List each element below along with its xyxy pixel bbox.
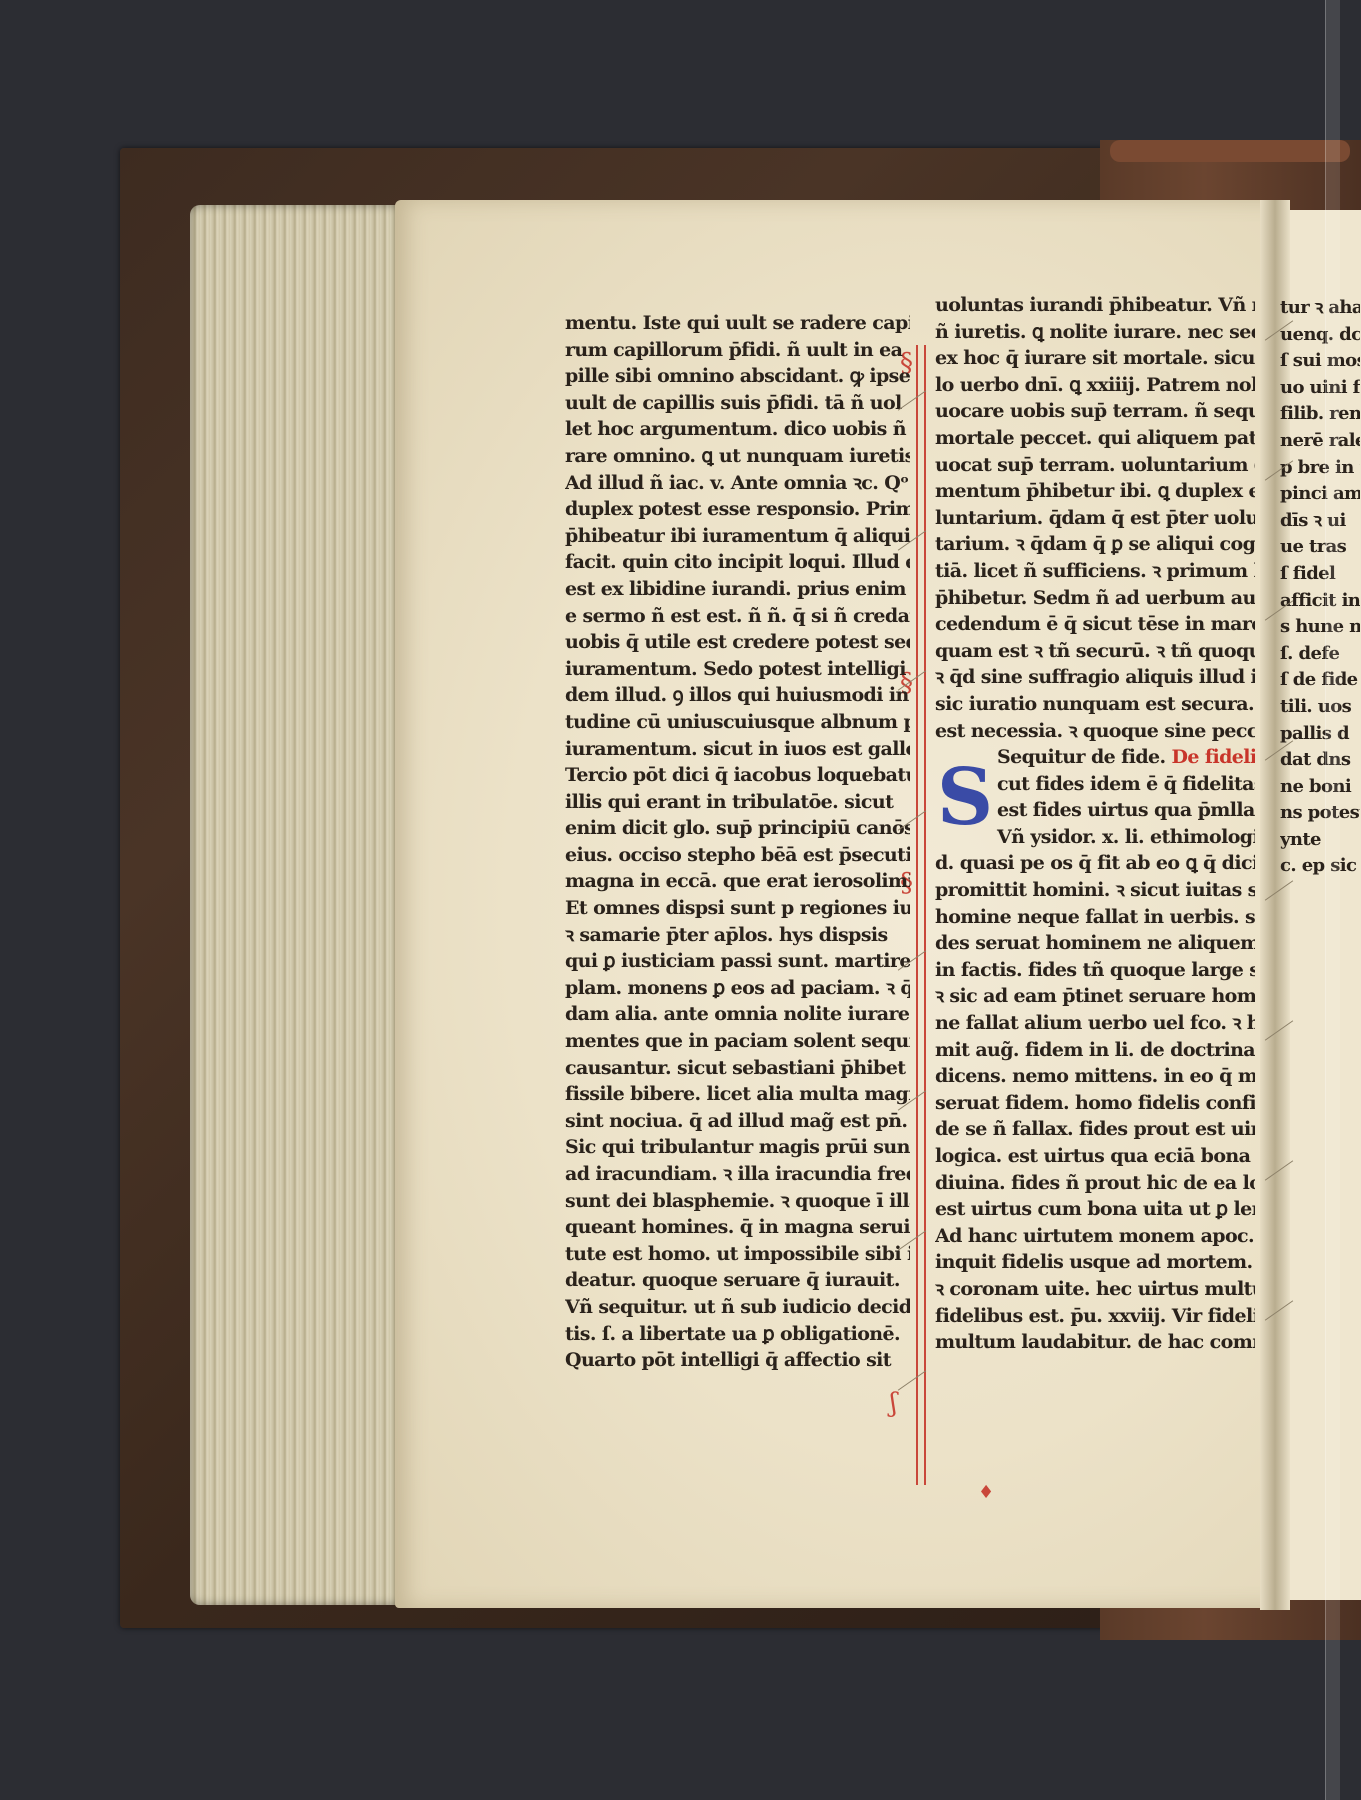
text-line: p̄hibetur. Sedm ñ ad uerbum aug̃. ꝯ: [935, 585, 1255, 612]
text-line: tiā. licet ñ sufficiens. ꝛ primum hic: [935, 558, 1255, 585]
page-edges-block: [190, 205, 400, 1605]
text-line: ne boni: [1280, 774, 1360, 801]
text-line: pille sibi omnino abscidant. ꝙ ipse nich…: [565, 363, 910, 390]
text-line: Vñ sequitur. ut ñ sub iudicio decida: [565, 1294, 910, 1321]
text-line: Sequitur de fide.: [997, 746, 1166, 768]
text-line: duplex potest esse responsio. Primo ut: [565, 496, 910, 523]
text-line: de se ñ fallax. fides prout est uirtus t…: [935, 1116, 1255, 1143]
text-line: mentu. Iste qui uult se radere capillo: [565, 310, 910, 337]
text-line: multum laudabitur. de hac commi: [935, 1329, 1255, 1356]
text-line: ꝛ sic ad eam p̄tinet seruare homine: [935, 983, 1255, 1010]
text-line: plam. monens ꝑ eos ad paciam. ꝛ q̄: [565, 975, 910, 1002]
text-line: c. ep sic: [1280, 853, 1360, 880]
text-line: tis. ſ. a libertate ua ꝑ obligationē.: [565, 1321, 910, 1348]
text-line: uenq. dcer: [1280, 322, 1360, 349]
text-line: uult de capillis suis p̄fidi. tā ñ uol: [565, 390, 910, 417]
text-line: ꝛ q̄d sine suffragio aliquis illud intr.: [935, 664, 1255, 691]
text-line: mentum p̄hibetur ibi. ꝗ duplex est uo: [935, 478, 1255, 505]
text-line: pallis d: [1280, 721, 1360, 748]
text-line: quam est ꝛ tñ securū. ꝛ tñ quoque est al…: [935, 638, 1255, 665]
text-line: promittit homini. ꝛ sicut iuitas seruit: [935, 877, 1255, 904]
text-line: logica. est uirtus qua eciā bona ete: [935, 1143, 1255, 1170]
text-line: iuramentum. Sedo potest intelligi ēe: [565, 656, 910, 683]
text-line: tute est homo. ut impossibile sibi in: [565, 1241, 910, 1268]
illuminated-initial: S: [936, 760, 994, 836]
text-line: tarium. ꝛ q̄dam q̄ ꝑ se aliqui cogens q̄: [935, 531, 1255, 558]
text-line: pinci am a: [1280, 481, 1360, 508]
text-line: p̄hibeatur ibi iuramentum q̄ aliquis: [565, 523, 910, 550]
text-line: ñ iuretis. ꝗ nolite iurare. nec sequit: [935, 319, 1255, 346]
text-line: s hune ne: [1280, 614, 1360, 641]
text-line: mit aug̃. fidem in li. de doctrina xp̄ia…: [935, 1037, 1255, 1064]
text-line: Tercio pōt dici q̄ iacobus loquebatur: [565, 762, 910, 789]
text-column-facing-page: tur ꝛ ahanuenq. dcerſ sui mosuo uini fid…: [1280, 295, 1360, 880]
text-line: ſ de fide: [1280, 667, 1360, 694]
text-column-left: mentu. Iste qui uult se radere capilloru…: [565, 310, 910, 1374]
text-line: ue tras: [1280, 534, 1360, 561]
text-line: ynte: [1280, 827, 1360, 854]
text-line: Et omnes dispsi sunt p regiones iudee: [565, 895, 910, 922]
glass-weight-strip: [1325, 0, 1340, 1800]
text-line: in factis. fides tñ quoque large sumitur…: [935, 957, 1255, 984]
text-line: filib. rens: [1280, 401, 1360, 428]
text-line: diuina. fides ñ prout hic de ea loquim̄.: [935, 1170, 1255, 1197]
text-line: sunt dei blasphemie. ꝛ quoque ī illa: [565, 1188, 910, 1215]
text-line: uo uini fide: [1280, 375, 1360, 402]
text-line: dīs ꝛ ui: [1280, 508, 1360, 535]
text-line: causantur. sicut sebastiani p̄hibet: [565, 1055, 910, 1082]
text-line: dem illud. ꝯ illos qui huiusmodi in cons…: [565, 682, 910, 709]
text-line: dicens. nemo mittens. in eo q̄ mentitur: [935, 1063, 1255, 1090]
text-line: nerē rale: [1280, 428, 1360, 455]
text-line: fissile bibere. licet alia multa magis: [565, 1081, 910, 1108]
text-line: Ad illud ñ iac. v. Ante omnia ꝛc. Qᵒ: [565, 470, 910, 497]
text-line: ns potest: [1280, 800, 1360, 827]
text-line: dat dns: [1280, 747, 1360, 774]
text-line: ad iracundiam. ꝛ illa iracundia frequēti…: [565, 1161, 910, 1188]
text-line: d. quasi pe os q̄ fit ab eo ꝗ q̄ dicit u…: [935, 850, 1255, 877]
text-line: sic iuratio nunquam est secura. ꝛ tñ quo…: [935, 691, 1255, 718]
text-line: magna in eccā. que erat ierosolimis.: [565, 868, 910, 895]
text-line: Sic qui tribulantur magis prūi sunt: [565, 1134, 910, 1161]
text-line: mortale peccet. qui aliquem patrem: [935, 425, 1255, 452]
text-line: seruat fidem. homo fidelis confidenter: [935, 1090, 1255, 1117]
text-line: ſ sui mos: [1280, 348, 1360, 375]
text-line: p bre in fi: [1280, 455, 1360, 482]
text-line: des seruat hominem ne aliquem fallat: [935, 930, 1255, 957]
text-line: est uirtus cum bona uita ut ꝑ lenta cred…: [935, 1196, 1255, 1223]
text-line: cedendum ē q̄ sicut tēse in mare nun: [935, 611, 1255, 638]
text-line: iuramentum. sicut in iuos est gallorum.: [565, 736, 910, 763]
red-marginal-rule: [924, 345, 926, 1485]
text-line: ſ. defe: [1280, 641, 1360, 668]
text-line: ex hoc q̄ iurare sit mortale. sicut q̄d: [935, 345, 1255, 372]
text-line: ſ fidel: [1280, 561, 1360, 588]
text-line: homine neque fallat in uerbis. sic fi: [935, 904, 1255, 931]
text-line: uoluntas iurandi p̄hibeatur. Vñ ñ dicit.: [935, 292, 1255, 319]
red-penwork-flourish: ʃ: [890, 1390, 897, 1416]
text-line: rum capillorum p̄fidi. ñ uult in ea: [565, 337, 910, 364]
text-line: Ad hanc uirtutem monem apoc. ij. esto: [935, 1223, 1255, 1250]
text-line: eius. occiso stepho bēā est p̄secutio: [565, 842, 910, 869]
text-line: tili. uos: [1280, 694, 1360, 721]
text-line: sint nociua. q̄ ad illud mag̃ est pn̄.: [565, 1108, 910, 1135]
red-marginal-rule: [916, 345, 918, 1485]
text-line: est ex libidine iurandi. prius enim d̄: [565, 576, 910, 603]
text-line: est necessia. ꝛ quoque sine peccato iura…: [935, 718, 1255, 745]
headband: [1110, 140, 1350, 162]
rubric-heading: De fidelitate.: [1172, 746, 1255, 768]
text-line: lo uerbo dnī. ꝗ xxiiij. Patrem nolite: [935, 372, 1255, 399]
text-line: mentes que in paciam solent sequi: [565, 1028, 910, 1055]
red-mark: ♦: [978, 1480, 994, 1506]
text-line: illis qui erant in tribulatōe. sicut: [565, 789, 910, 816]
text-line: ꝛ samarie p̄ter ap̄los. hys dispsis: [565, 922, 910, 949]
text-line: inquit fidelis usque ad mortem. ꝛ dabo: [935, 1249, 1255, 1276]
text-line: e sermo ñ est est. ñ ñ. q̄ si ñ credatur: [565, 603, 910, 630]
text-line: Quarto pōt intelligi q̄ affectio sit: [565, 1347, 910, 1374]
text-line: enim dicit glo. sup̄ principiū canōs: [565, 815, 910, 842]
text-line: rare omnino. ꝗ ut nunquam iuretis.: [565, 443, 910, 470]
text-line: facit. quin cito incipit loqui. Illud en…: [565, 549, 910, 576]
text-line: let hoc argumentum. dico uobis ñ iu: [565, 416, 910, 443]
text-line: ꝛ coronam uite. hec uirtus multum ē: [935, 1276, 1255, 1303]
text-line: tudine cū uniuscuiusque albnum posse: [565, 709, 910, 736]
text-line: luntarium. q̄dam q̄ est p̄ter uolun: [935, 505, 1255, 532]
text-line: uobis q̄ utile est credere potest sequi: [565, 629, 910, 656]
text-line: dam alia. ante omnia nolite iurare: [565, 1001, 910, 1028]
text-line: uocare uobis sup̄ terram. ñ sequitur q̄: [935, 398, 1255, 425]
text-line: ne fallat alium uerbo uel fco. ꝛ hoc: [935, 1010, 1255, 1037]
text-line: tur ꝛ ahan: [1280, 295, 1360, 322]
text-line: fidelibus est. p̄u. xxviij. Vir fidelis: [935, 1303, 1255, 1330]
text-line: queant homines. q̄ in magna seruitu: [565, 1214, 910, 1241]
text-line: qui ꝑ iusticiam passi sunt. martire e: [565, 948, 910, 975]
text-line: deatur. quoque seruare q̄ iurauit.: [565, 1267, 910, 1294]
text-line: uocat sup̄ terram. uoluntarium ꝗ iura: [935, 452, 1255, 479]
